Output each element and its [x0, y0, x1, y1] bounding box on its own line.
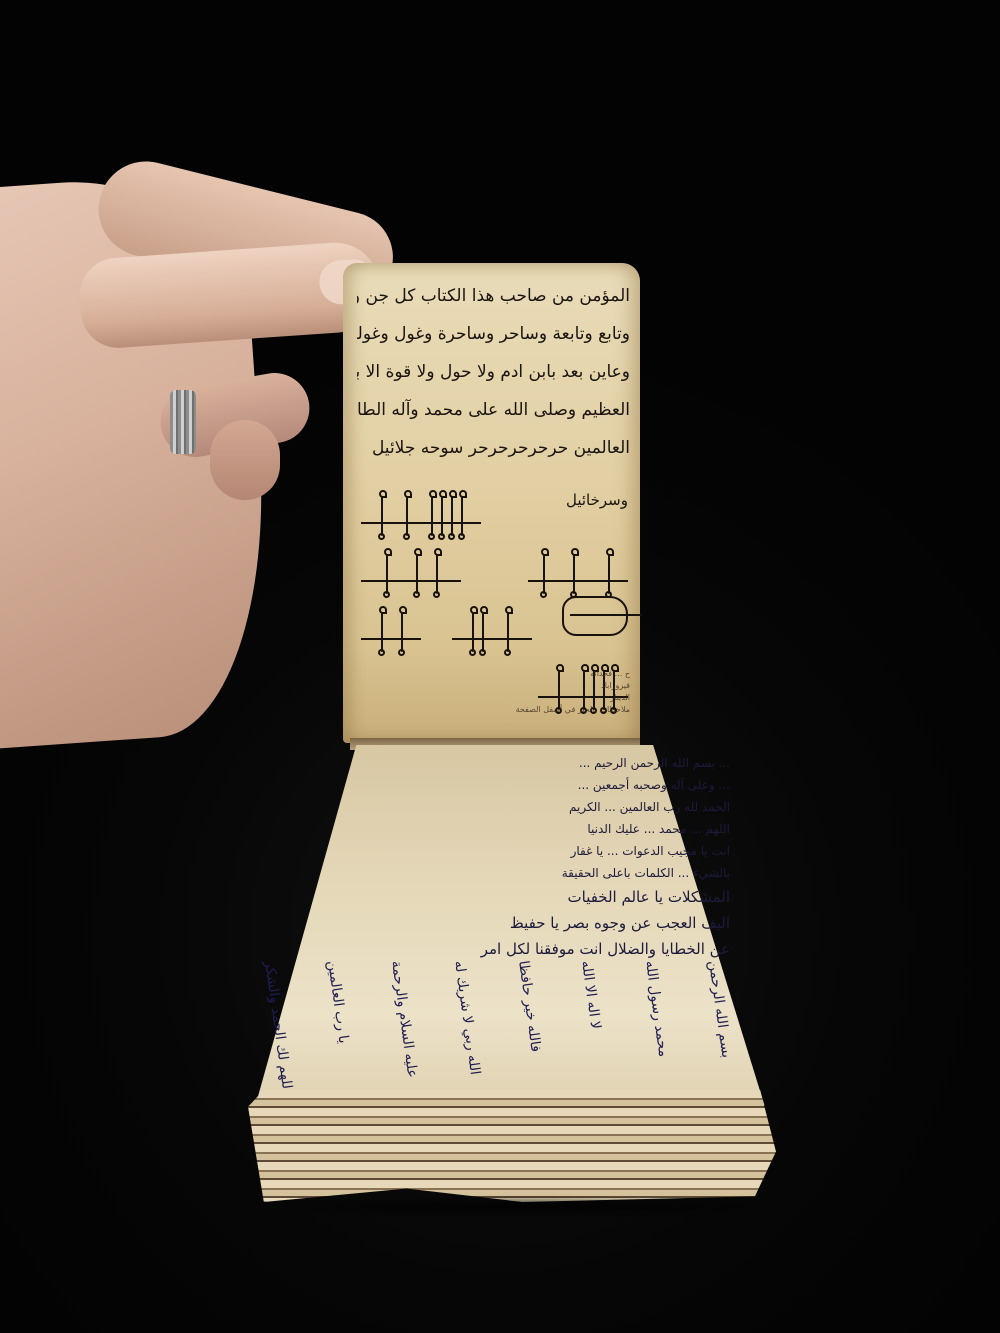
glyph-row	[361, 529, 628, 587]
text-column: فالله خير حافظا	[515, 960, 549, 1091]
text-column: عليه السلام والرحمة	[388, 960, 422, 1091]
book-shadow	[250, 1195, 790, 1219]
text-line: وسرخائيل	[566, 481, 628, 519]
sigil-icon	[361, 476, 481, 524]
text-column: الله ربي لا شريك له	[451, 960, 485, 1091]
text-line: المشكلات يا عالم الخفيات	[300, 884, 730, 910]
text-line: الحمد لله رب العالمين ... الكريم	[300, 796, 730, 818]
text-line: المؤمن من صاحب هذا الكتاب كل جن وجنة وشي…	[357, 277, 630, 315]
upper-page: المؤمن من صاحب هذا الكتاب كل جن وجنة وشي…	[343, 263, 640, 743]
text-line: وتابع وتابعة وساحر وساحرة وغول وغولة وكل…	[357, 315, 630, 353]
text-line: اليف العجب عن وجوه بصر يا حفيظ	[300, 910, 730, 936]
text-line: انت يا مجيب الدعوات ... يا غفار	[300, 840, 730, 862]
text-line: عن الخطايا والضلال انت موفقنا لكل امر	[300, 936, 730, 962]
note: ح ... فخدائه	[363, 668, 630, 680]
silver-ring	[170, 390, 196, 454]
text-line: ... وعلى آله وصحبه أجمعين ...	[300, 774, 730, 796]
vertical-text-columns: اللهم لك الحمد والشكر يا رب العالمين علي…	[270, 960, 730, 1090]
glyph-row: وسرخائيل	[361, 471, 628, 529]
text-line: اللهم ... محمد ... عليك الدنيا	[300, 818, 730, 840]
text-line: ... بسم الله الرحمن الرحيم ...	[300, 752, 730, 774]
note: ملاحظات بالحبر في أسفل الصفحة	[363, 704, 630, 716]
note: فيروزاباد	[363, 680, 630, 692]
talismanic-glyphs: وسرخائيل	[361, 471, 628, 651]
note: الدينار	[363, 692, 630, 704]
text-column: لا اله الا الله	[578, 960, 612, 1091]
sigil-icon	[452, 592, 532, 640]
glyph-row	[361, 587, 628, 645]
text-line: العالمين حرحرحرحرحر سوحه جلائيل	[357, 429, 630, 467]
text-line: بالشيء ... الكلمات باعلى الحقيقة	[300, 862, 730, 884]
marginal-notes: ح ... فخدائه فيروزاباد الدينار ملاحظات ب…	[363, 668, 630, 728]
little-finger	[210, 420, 280, 500]
page-stack-edges	[248, 1090, 776, 1202]
text-column: محمد رسول الله	[642, 960, 676, 1091]
text-line: وعاين بعد بابن ادم ولا حول ولا قوة الا ب…	[357, 353, 630, 391]
sigil-icon	[361, 592, 421, 640]
sigil-icon	[528, 534, 628, 582]
cylinder-sigil-icon	[562, 596, 628, 636]
upper-page-text: المؤمن من صاحب هذا الكتاب كل جن وجنة وشي…	[357, 277, 630, 467]
sigil-icon	[361, 534, 461, 582]
text-line: العظيم وصلى الله على محمد وآله الطاهرين …	[357, 391, 630, 429]
text-column: يا رب العالمين	[324, 960, 358, 1091]
